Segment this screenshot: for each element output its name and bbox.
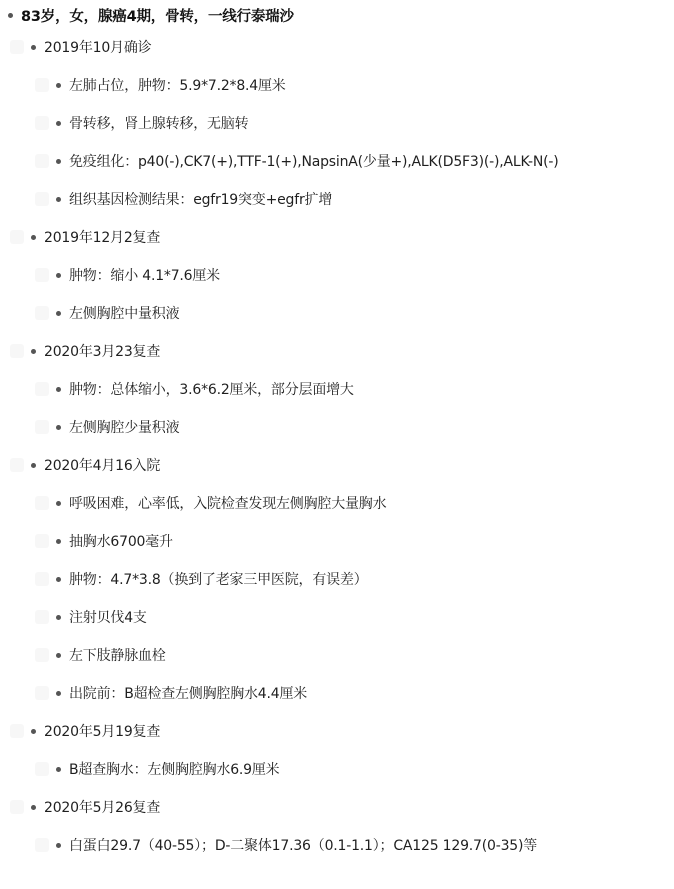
outline-subitem[interactable]: B超查胸水：左侧胸腔胸水6.9厘米 — [0, 750, 674, 788]
outline-subitem-label: 左侧胸腔少量积液 — [69, 417, 179, 437]
outline-subitem-label: 肿物：4.7*3.8（换到了老家三甲医院，有误差） — [69, 569, 368, 589]
collapse-handle-icon[interactable] — [35, 838, 49, 852]
outline-subitem-label: B超查胸水：左侧胸腔胸水6.9厘米 — [69, 759, 279, 779]
outline-item-date[interactable]: 2020年5月19复查 — [0, 712, 674, 750]
bullet-icon — [31, 729, 36, 734]
bullet-icon — [56, 539, 61, 544]
outline-subitem[interactable]: 左侧胸腔少量积液 — [0, 408, 674, 446]
outline-subitem[interactable]: 抽胸水6700毫升 — [0, 522, 674, 560]
outline-item-label: 2020年5月19复查 — [44, 721, 160, 741]
bullet-icon — [56, 425, 61, 430]
bullet-icon — [56, 121, 61, 126]
outline-subitem[interactable]: 呼吸困难，心率低，入院检查发现左侧胸腔大量胸水 — [0, 484, 674, 522]
bullet-icon — [56, 311, 61, 316]
bullet-icon — [8, 13, 13, 18]
outline-subitem[interactable]: 左下肢静脉血栓 — [0, 636, 674, 674]
outline-root-item[interactable]: 83岁，女，腺癌4期，骨转，一线行泰瑞沙 — [0, 2, 674, 28]
outline-subitem-label: 左肺占位，肿物：5.9*7.2*8.4厘米 — [69, 75, 286, 95]
outline-subitem[interactable]: 出院前：B超检查左侧胸腔胸水4.4厘米 — [0, 674, 674, 712]
bullet-icon — [56, 767, 61, 772]
outline-document: 83岁，女，腺癌4期，骨转，一线行泰瑞沙 2019年10月确诊 左肺占位，肿物：… — [0, 0, 674, 864]
bullet-icon — [56, 501, 61, 506]
outline-item-date[interactable]: 2020年5月26复查 — [0, 788, 674, 826]
outline-subitem[interactable]: 肿物：总体缩小，3.6*6.2厘米，部分层面增大 — [0, 370, 674, 408]
collapse-handle-icon[interactable] — [10, 800, 24, 814]
outline-subitem-label: 抽胸水6700毫升 — [69, 531, 173, 551]
outline-subitem-label: 肿物：总体缩小，3.6*6.2厘米，部分层面增大 — [69, 379, 354, 399]
collapse-handle-icon[interactable] — [35, 762, 49, 776]
collapse-handle-icon[interactable] — [35, 572, 49, 586]
outline-root-label: 83岁，女，腺癌4期，骨转，一线行泰瑞沙 — [21, 5, 294, 26]
collapse-handle-icon[interactable] — [35, 648, 49, 662]
collapse-handle-icon[interactable] — [35, 382, 49, 396]
outline-subitem[interactable]: 组织基因检测结果：egfr19突变+egfr扩增 — [0, 180, 674, 218]
collapse-handle-icon[interactable] — [10, 724, 24, 738]
outline-subitem[interactable]: 肿物：缩小 4.1*7.6厘米 — [0, 256, 674, 294]
outline-subitem-label: 组织基因检测结果：egfr19突变+egfr扩增 — [69, 189, 332, 209]
outline-item-date[interactable]: 2020年3月23复查 — [0, 332, 674, 370]
bullet-icon — [56, 653, 61, 658]
collapse-handle-icon[interactable] — [35, 534, 49, 548]
outline-subitem[interactable]: 注射贝伐4支 — [0, 598, 674, 636]
collapse-handle-icon[interactable] — [35, 420, 49, 434]
outline-subitem-label: 白蛋白29.7（40-55）；D-二聚体17.36（0.1-1.1）；CA125… — [69, 835, 537, 855]
outline-subitem-label: 注射贝伐4支 — [69, 607, 147, 627]
outline-subitem-label: 左下肢静脉血栓 — [69, 645, 166, 665]
outline-item-date[interactable]: 2019年10月确诊 — [0, 28, 674, 66]
collapse-handle-icon[interactable] — [35, 116, 49, 130]
outline-item-label: 2019年12月2复查 — [44, 227, 160, 247]
outline-subitem-label: 左侧胸腔中量积液 — [69, 303, 179, 323]
bullet-icon — [56, 159, 61, 164]
collapse-handle-icon[interactable] — [35, 268, 49, 282]
collapse-handle-icon[interactable] — [35, 496, 49, 510]
bullet-icon — [56, 273, 61, 278]
bullet-icon — [56, 843, 61, 848]
outline-subitem-label: 出院前：B超检查左侧胸腔胸水4.4厘米 — [69, 683, 307, 703]
outline-subitem[interactable]: 左肺占位，肿物：5.9*7.2*8.4厘米 — [0, 66, 674, 104]
collapse-handle-icon[interactable] — [35, 192, 49, 206]
bullet-icon — [31, 45, 36, 50]
outline-subitem[interactable]: 肿物：4.7*3.8（换到了老家三甲医院，有误差） — [0, 560, 674, 598]
collapse-handle-icon[interactable] — [35, 78, 49, 92]
collapse-handle-icon[interactable] — [35, 686, 49, 700]
outline-subitem[interactable]: 骨转移，肾上腺转移，无脑转 — [0, 104, 674, 142]
outline-subitem[interactable]: 免疫组化：p40(-),CK7(+),TTF-1(+),NapsinA(少量+)… — [0, 142, 674, 180]
bullet-icon — [31, 463, 36, 468]
outline-subitem[interactable]: 左侧胸腔中量积液 — [0, 294, 674, 332]
outline-item-label: 2020年4月16入院 — [44, 455, 160, 475]
collapse-handle-icon[interactable] — [35, 610, 49, 624]
outline-subitem-label: 免疫组化：p40(-),CK7(+),TTF-1(+),NapsinA(少量+)… — [69, 151, 559, 171]
bullet-icon — [56, 691, 61, 696]
collapse-handle-icon[interactable] — [35, 306, 49, 320]
bullet-icon — [56, 615, 61, 620]
collapse-handle-icon[interactable] — [10, 230, 24, 244]
bullet-icon — [31, 349, 36, 354]
outline-subitem-label: 骨转移，肾上腺转移，无脑转 — [69, 113, 248, 133]
collapse-handle-icon[interactable] — [10, 344, 24, 358]
outline-subitem-label: 肿物：缩小 4.1*7.6厘米 — [69, 265, 220, 285]
collapse-handle-icon[interactable] — [35, 154, 49, 168]
bullet-icon — [56, 387, 61, 392]
collapse-handle-icon[interactable] — [10, 458, 24, 472]
bullet-icon — [56, 83, 61, 88]
bullet-icon — [56, 577, 61, 582]
bullet-icon — [31, 235, 36, 240]
outline-item-label: 2019年10月确诊 — [44, 37, 151, 57]
outline-subitem-label: 呼吸困难，心率低，入院检查发现左侧胸腔大量胸水 — [69, 493, 386, 513]
outline-item-label: 2020年3月23复查 — [44, 341, 160, 361]
collapse-handle-icon[interactable] — [10, 40, 24, 54]
bullet-icon — [31, 805, 36, 810]
outline-item-date[interactable]: 2019年12月2复查 — [0, 218, 674, 256]
outline-subitem[interactable]: 白蛋白29.7（40-55）；D-二聚体17.36（0.1-1.1）；CA125… — [0, 826, 674, 864]
outline-item-label: 2020年5月26复查 — [44, 797, 160, 817]
outline-item-date[interactable]: 2020年4月16入院 — [0, 446, 674, 484]
bullet-icon — [56, 197, 61, 202]
